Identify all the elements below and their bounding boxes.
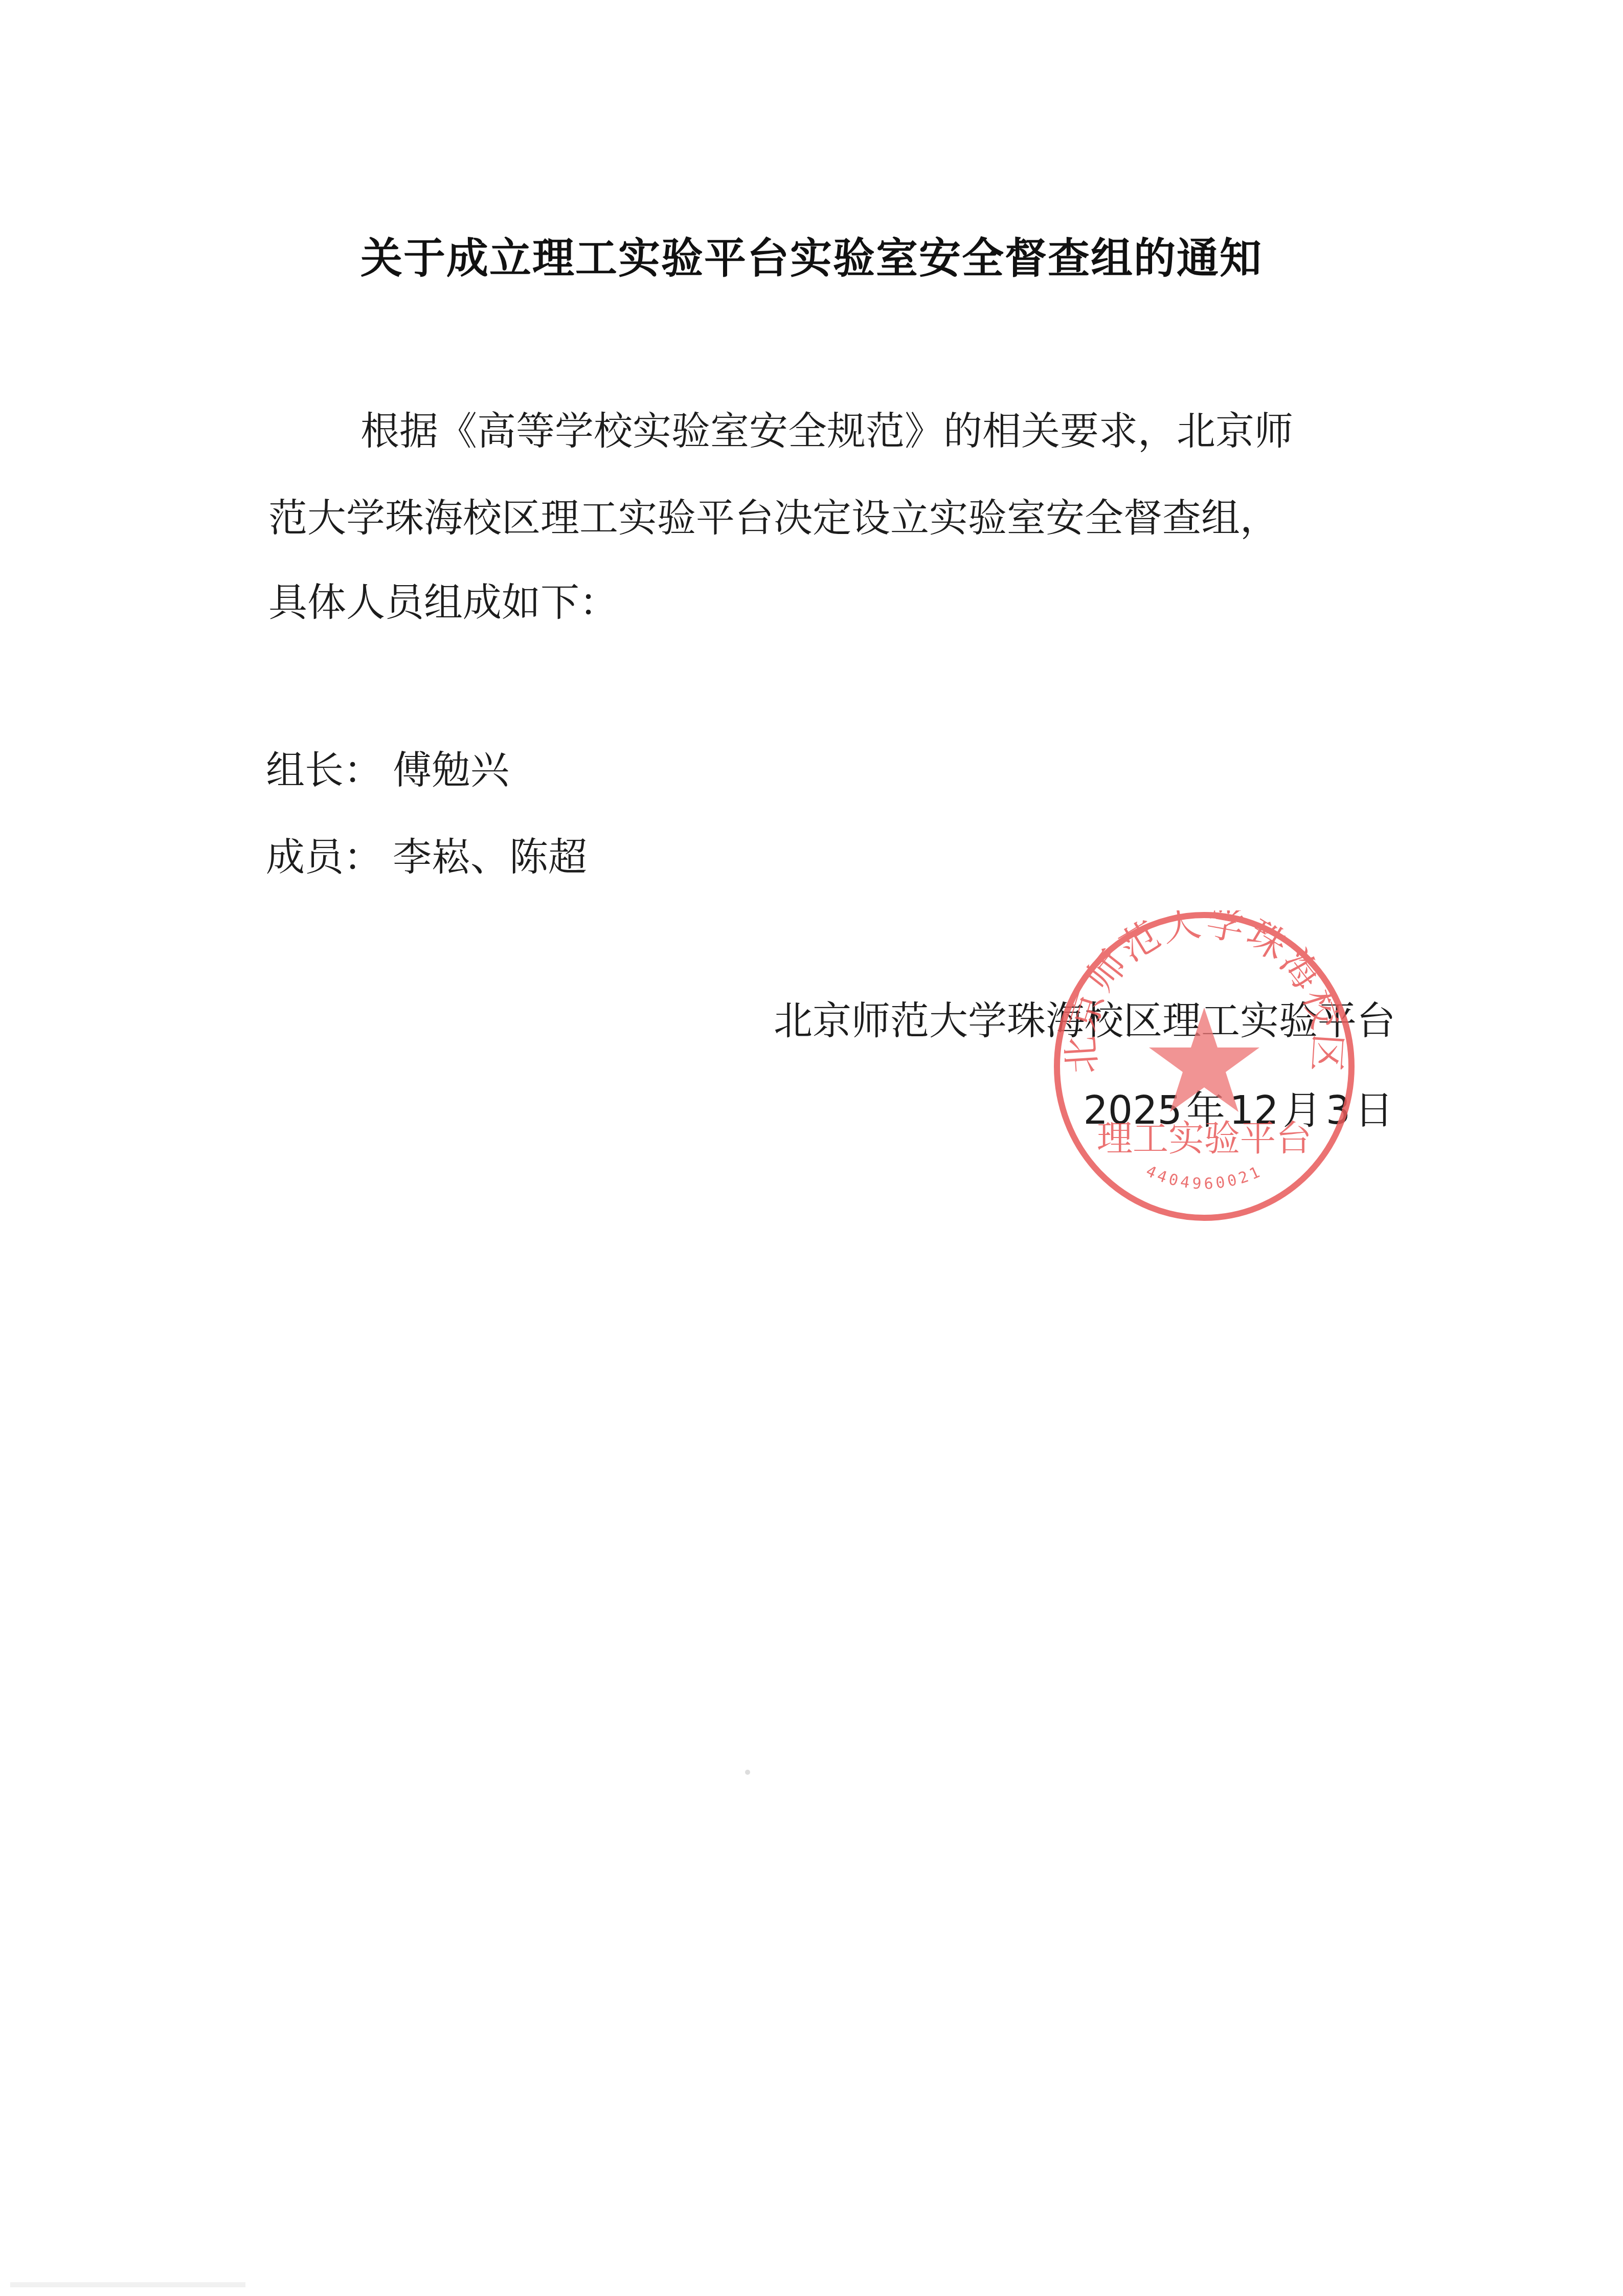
members-label: 成员： — [266, 834, 382, 880]
scan-footer-mark — [10, 2282, 245, 2287]
scan-speck — [745, 1770, 750, 1775]
document-title: 关于成立理工实验平台实验室安全督查组的通知 — [0, 225, 1623, 285]
svg-text:4404960021: 4404960021 — [1143, 1162, 1266, 1193]
members-names: 李崧、陈超 — [393, 834, 587, 880]
leader-name: 傅勉兴 — [393, 747, 509, 793]
group-leader: 组长：傅勉兴 — [266, 739, 509, 795]
body-line-2: 范大学珠海校区理工实验平台决定设立实验室安全督查组， — [268, 496, 1409, 540]
official-seal-icon: 北京师范大学珠海校区 理工实验平台 4404960021 — [1051, 910, 1358, 1222]
date-day-unit: 日 — [1355, 1087, 1393, 1133]
body-line-1: 根据《高等学校实验室安全规范》的相关要求，北京师 — [360, 409, 1501, 453]
stamp-code: 4404960021 — [1143, 1162, 1266, 1193]
stamp-bottom-text: 理工实验平台 — [1097, 1118, 1312, 1160]
leader-label: 组长： — [266, 747, 382, 793]
document-page: 关于成立理工实验平台实验室安全督查组的通知 根据《高等学校实验室安全规范》的相关… — [0, 0, 1623, 2296]
body-line-3: 具体人员组成如下： — [268, 581, 1409, 625]
group-members: 成员：李崧、陈超 — [266, 826, 587, 882]
